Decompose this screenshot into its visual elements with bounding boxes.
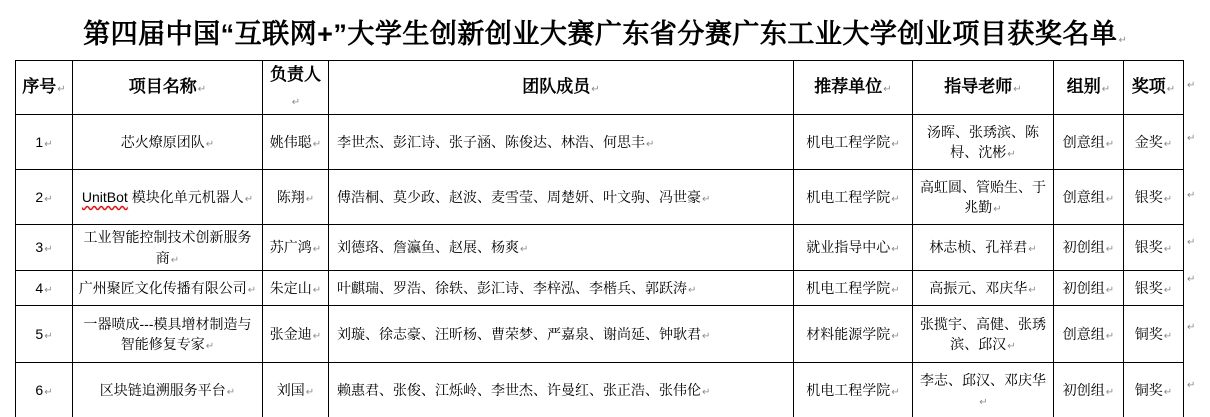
cell-text: 模块化单元机器人 — [128, 189, 244, 205]
table-row: 6↵区块链追溯服务平台↵刘国↵赖惠君、张俊、江烁岭、李世杰、许曼红、张正浩、张伟… — [16, 363, 1184, 417]
cell-text: 创意组 — [1063, 189, 1105, 205]
cell-group: 初创组↵ — [1054, 363, 1124, 417]
cell-recommending-unit: 机电工程学院↵ — [794, 170, 913, 225]
cell-text: 3 — [35, 239, 43, 255]
paragraph-mark-icon: ↵ — [206, 341, 214, 352]
cell-recommending-unit: 机电工程学院↵ — [794, 115, 913, 170]
paragraph-mark-icon: ↵ — [1007, 341, 1015, 352]
paragraph-mark-icon: ↵ — [891, 285, 899, 296]
header-team-members: 团队成员↵ — [329, 61, 794, 115]
header-label: 团队成员 — [522, 77, 590, 96]
paragraph-mark-icon: ↵ — [1164, 194, 1172, 205]
paragraph-mark-icon: ↵ — [1106, 331, 1114, 342]
header-serial: 序号↵ — [16, 61, 73, 115]
cell-text: 创意组 — [1063, 134, 1105, 150]
paragraph-mark-icon: ↵ — [1187, 322, 1195, 333]
paragraph-mark-icon: ↵ — [1164, 387, 1172, 398]
table-header: 序号↵项目名称↵负责人↵团队成员↵推荐单位↵指导老师↵组别↵奖项↵ — [16, 61, 1184, 115]
table-row: 4↵广州聚匠文化传播有限公司↵朱定山↵叶麒瑞、罗浩、徐轶、彭汇诗、李梓泓、李楷兵… — [16, 271, 1184, 306]
cell-text: 银奖 — [1135, 280, 1163, 296]
cell-text: 银奖 — [1135, 189, 1163, 205]
cell-text: 5 — [35, 326, 43, 342]
row-end-marks: ↵↵↵↵↵↵↵ — [1186, 60, 1206, 414]
cell-text: 高虹圆、管贻生、于兆勤 — [920, 179, 1046, 215]
cell-advisors: 张揽宇、高健、张琇滨、邱汉↵ — [913, 306, 1054, 363]
cell-project-name: 区块链追溯服务平台↵ — [73, 363, 263, 417]
paragraph-mark-icon: ↵ — [1028, 285, 1036, 296]
paragraph-mark-icon: ↵ — [198, 84, 206, 95]
cell-project-name: 广州聚匠文化传播有限公司↵ — [73, 271, 263, 306]
cell-recommending-unit: 就业指导中心↵ — [794, 225, 913, 271]
cell-text: 高振元、邓庆华 — [929, 280, 1027, 296]
paragraph-mark-icon: ↵ — [891, 331, 899, 342]
header-row: 序号↵项目名称↵负责人↵团队成员↵推荐单位↵指导老师↵组别↵奖项↵ — [16, 61, 1184, 115]
paragraph-mark-icon: ↵ — [206, 139, 214, 150]
paragraph-mark-icon: ↵ — [891, 244, 899, 255]
paragraph-mark-icon: ↵ — [1007, 149, 1015, 160]
cell-recommending-unit: 机电工程学院↵ — [794, 363, 913, 417]
paragraph-mark-icon: ↵ — [1102, 84, 1110, 95]
paragraph-mark-icon: ↵ — [245, 194, 253, 205]
paragraph-mark-icon: ↵ — [883, 84, 891, 95]
paragraph-mark-icon: ↵ — [520, 244, 528, 255]
paragraph-mark-icon: ↵ — [313, 331, 321, 342]
cell-text: 就业指导中心 — [806, 239, 890, 255]
cell-text: 2 — [35, 189, 43, 205]
cell-text: 材料能源学院 — [806, 326, 890, 342]
cell-serial: 2↵ — [16, 170, 73, 225]
cell-text: 创意组 — [1063, 326, 1105, 342]
cell-text: 姚伟聪 — [270, 134, 312, 150]
cell-text: 机电工程学院 — [806, 280, 890, 296]
cell-leader: 陈翔↵ — [263, 170, 329, 225]
cell-text: 李志、邱汉、邓庆华 — [920, 372, 1046, 388]
awards-table: 序号↵项目名称↵负责人↵团队成员↵推荐单位↵指导老师↵组别↵奖项↵ 1↵芯火燎原… — [15, 60, 1184, 417]
paragraph-mark-icon: ↵ — [702, 387, 710, 398]
paragraph-mark-icon: ↵ — [1187, 237, 1195, 248]
paragraph-mark-icon: ↵ — [44, 139, 52, 150]
cell-award: 银奖↵ — [1124, 225, 1184, 271]
cell-group: 创意组↵ — [1054, 115, 1124, 170]
awards-table-wrap: 序号↵项目名称↵负责人↵团队成员↵推荐单位↵指导老师↵组别↵奖项↵ 1↵芯火燎原… — [15, 60, 1184, 417]
paragraph-mark-icon: ↵ — [292, 97, 300, 108]
paragraph-mark-icon: ↵ — [171, 255, 179, 266]
cell-text: 4 — [35, 280, 43, 296]
row-end-mark: ↵ — [1186, 60, 1206, 110]
cell-text: 一器喷成---模具增材制造与智能修复专家 — [84, 316, 252, 352]
row-end-mark: ↵ — [1186, 261, 1206, 298]
title-block: 第四届中国“互联网+”大学生创新创业大赛广东省分赛广东工业大学创业项目获奖名单↵ — [0, 12, 1210, 51]
paragraph-mark-icon: ↵ — [1187, 190, 1195, 201]
cell-advisors: 李志、邱汉、邓庆华↵ — [913, 363, 1054, 417]
paragraph-mark-icon: ↵ — [306, 387, 314, 398]
header-label: 序号 — [22, 77, 56, 96]
cell-text: 机电工程学院 — [806, 189, 890, 205]
cell-text: 6 — [35, 382, 43, 398]
header-label: 指导老师 — [944, 77, 1012, 96]
paragraph-mark-icon: ↵ — [1028, 244, 1036, 255]
row-end-mark: ↵ — [1186, 167, 1206, 224]
paragraph-mark-icon: ↵ — [1013, 84, 1021, 95]
cell-group: 创意组↵ — [1054, 170, 1124, 225]
cell-advisors: 汤晖、张琇滨、陈桪、沈彬↵ — [913, 115, 1054, 170]
cell-text: 张揽宇、高健、张琇滨、邱汉 — [920, 316, 1046, 352]
cell-text: 1 — [35, 134, 43, 150]
paragraph-mark-icon: ↵ — [44, 331, 52, 342]
row-end-mark: ↵ — [1186, 224, 1206, 261]
header-group: 组别↵ — [1054, 61, 1124, 115]
cell-team-members: 刘璇、徐志豪、汪昕杨、曹荣梦、严嘉泉、谢尚延、钟耿君↵ — [329, 306, 794, 363]
cell-text: 初创组 — [1063, 280, 1105, 296]
page-title: 第四届中国“互联网+”大学生创新创业大赛广东省分赛广东工业大学创业项目获奖名单 — [83, 19, 1117, 49]
misspelled-word: UnitBot — [82, 189, 128, 205]
header-label: 组别 — [1067, 77, 1101, 96]
cell-text: 刘德珞、詹瀛鱼、赵展、杨爽 — [337, 239, 519, 255]
cell-leader: 朱定山↵ — [263, 271, 329, 306]
cell-text: 刘璇、徐志豪、汪昕杨、曹荣梦、严嘉泉、谢尚延、钟耿君 — [337, 326, 701, 342]
paragraph-mark-icon: ↵ — [646, 139, 654, 150]
paragraph-mark-icon: ↵ — [44, 387, 52, 398]
header-label: 推荐单位 — [814, 77, 882, 96]
header-label: 奖项 — [1132, 77, 1166, 96]
cell-text: 汤晖、张琇滨、陈桪、沈彬 — [927, 124, 1039, 160]
cell-team-members: 赖惠君、张俊、江烁岭、李世杰、许曼红、张正浩、张伟伦↵ — [329, 363, 794, 417]
table-row: 5↵一器喷成---模具增材制造与智能修复专家↵张金迪↵刘璇、徐志豪、汪昕杨、曹荣… — [16, 306, 1184, 363]
row-end-mark: ↵ — [1186, 110, 1206, 167]
cell-text: 刘国 — [277, 382, 305, 398]
paragraph-mark-icon: ↵ — [227, 387, 235, 398]
paragraph-mark-icon: ↵ — [1164, 285, 1172, 296]
paragraph-mark-icon: ↵ — [44, 244, 52, 255]
table-row: 3↵工业智能控制技术创新服务商↵苏广鸿↵刘德珞、詹瀛鱼、赵展、杨爽↵就业指导中心… — [16, 225, 1184, 271]
header-label: 负责人 — [270, 65, 321, 84]
header-award: 奖项↵ — [1124, 61, 1184, 115]
cell-advisors: 高振元、邓庆华↵ — [913, 271, 1054, 306]
paragraph-mark-icon: ↵ — [1187, 274, 1195, 285]
table-body: 1↵芯火燎原团队↵姚伟聪↵李世杰、彭汇诗、张子涵、陈俊达、林浩、何思丰↵机电工程… — [16, 115, 1184, 417]
cell-advisors: 林志桢、孔祥君↵ — [913, 225, 1054, 271]
cell-text: 傅浩桐、莫少政、赵波、麦雪莹、周楚妍、叶文驹、冯世豪 — [337, 189, 701, 205]
paragraph-mark-icon: ↵ — [891, 139, 899, 150]
paragraph-mark-icon: ↵ — [702, 194, 710, 205]
paragraph-mark-icon: ↵ — [891, 387, 899, 398]
paragraph-mark-icon: ↵ — [44, 194, 52, 205]
table-row: 1↵芯火燎原团队↵姚伟聪↵李世杰、彭汇诗、张子涵、陈俊达、林浩、何思丰↵机电工程… — [16, 115, 1184, 170]
cell-text: 林志桢、孔祥君 — [929, 239, 1027, 255]
paragraph-mark-icon: ↵ — [1106, 194, 1114, 205]
paragraph-mark-icon: ↵ — [688, 285, 696, 296]
cell-award: 银奖↵ — [1124, 170, 1184, 225]
paragraph-mark-icon: ↵ — [1106, 285, 1114, 296]
cell-recommending-unit: 材料能源学院↵ — [794, 306, 913, 363]
paragraph-mark-icon: ↵ — [1187, 380, 1195, 391]
paragraph-mark-icon: ↵ — [1187, 133, 1195, 144]
cell-text: 陈翔 — [277, 189, 305, 205]
paragraph-mark-icon: ↵ — [1164, 331, 1172, 342]
cell-advisors: 高虹圆、管贻生、于兆勤↵ — [913, 170, 1054, 225]
cell-text: 芯火燎原团队 — [121, 134, 205, 150]
cell-serial: 1↵ — [16, 115, 73, 170]
paragraph-mark-icon: ↵ — [1106, 244, 1114, 255]
paragraph-mark-icon: ↵ — [1106, 387, 1114, 398]
cell-team-members: 叶麒瑞、罗浩、徐轶、彭汇诗、李梓泓、李楷兵、郭跃涛↵ — [329, 271, 794, 306]
paragraph-mark-icon: ↵ — [57, 84, 65, 95]
cell-award: 银奖↵ — [1124, 271, 1184, 306]
cell-text: 金奖 — [1135, 134, 1163, 150]
cell-team-members: 傅浩桐、莫少政、赵波、麦雪莹、周楚妍、叶文驹、冯世豪↵ — [329, 170, 794, 225]
paragraph-mark-icon: ↵ — [44, 285, 52, 296]
header-leader: 负责人↵ — [263, 61, 329, 115]
cell-team-members: 李世杰、彭汇诗、张子涵、陈俊达、林浩、何思丰↵ — [329, 115, 794, 170]
cell-project-name: 一器喷成---模具增材制造与智能修复专家↵ — [73, 306, 263, 363]
cell-text: 朱定山 — [270, 280, 312, 296]
cell-project-name: 工业智能控制技术创新服务商↵ — [73, 225, 263, 271]
cell-award: 金奖↵ — [1124, 115, 1184, 170]
header-recommending-unit: 推荐单位↵ — [794, 61, 913, 115]
paragraph-mark-icon: ↵ — [313, 139, 321, 150]
cell-serial: 5↵ — [16, 306, 73, 363]
cell-team-members: 刘德珞、詹瀛鱼、赵展、杨爽↵ — [329, 225, 794, 271]
row-end-mark: ↵ — [1186, 357, 1206, 414]
paragraph-mark-icon: ↵ — [702, 331, 710, 342]
cell-text: 机电工程学院 — [806, 134, 890, 150]
paragraph-mark-icon: ↵ — [1118, 35, 1126, 46]
cell-text: 苏广鸿 — [270, 239, 312, 255]
paragraph-mark-icon: ↵ — [1106, 139, 1114, 150]
table-row: 2↵UnitBot 模块化单元机器人↵陈翔↵傅浩桐、莫少政、赵波、麦雪莹、周楚妍… — [16, 170, 1184, 225]
cell-serial: 6↵ — [16, 363, 73, 417]
cell-project-name: UnitBot 模块化单元机器人↵ — [73, 170, 263, 225]
cell-text: 初创组 — [1063, 382, 1105, 398]
cell-group: 初创组↵ — [1054, 225, 1124, 271]
cell-text: 初创组 — [1063, 239, 1105, 255]
cell-project-name: 芯火燎原团队↵ — [73, 115, 263, 170]
cell-leader: 苏广鸿↵ — [263, 225, 329, 271]
cell-text: 铜奖 — [1135, 326, 1163, 342]
paragraph-mark-icon: ↵ — [1164, 244, 1172, 255]
cell-recommending-unit: 机电工程学院↵ — [794, 271, 913, 306]
header-advisors: 指导老师↵ — [913, 61, 1054, 115]
header-label: 项目名称 — [129, 77, 197, 96]
cell-leader: 刘国↵ — [263, 363, 329, 417]
paragraph-mark-icon: ↵ — [248, 285, 256, 296]
cell-text: 李世杰、彭汇诗、张子涵、陈俊达、林浩、何思丰 — [337, 134, 645, 150]
row-end-mark: ↵ — [1186, 298, 1206, 357]
paragraph-mark-icon: ↵ — [1164, 139, 1172, 150]
paragraph-mark-icon: ↵ — [306, 194, 314, 205]
cell-serial: 4↵ — [16, 271, 73, 306]
cell-text: 银奖 — [1135, 239, 1163, 255]
cell-leader: 张金迪↵ — [263, 306, 329, 363]
paragraph-mark-icon: ↵ — [993, 204, 1001, 215]
cell-text: 赖惠君、张俊、江烁岭、李世杰、许曼红、张正浩、张伟伦 — [337, 382, 701, 398]
cell-award: 铜奖↵ — [1124, 363, 1184, 417]
paragraph-mark-icon: ↵ — [1187, 80, 1195, 91]
cell-text: 张金迪 — [270, 326, 312, 342]
cell-leader: 姚伟聪↵ — [263, 115, 329, 170]
cell-text: 区块链追溯服务平台 — [100, 382, 226, 398]
cell-group: 创意组↵ — [1054, 306, 1124, 363]
paragraph-mark-icon: ↵ — [313, 244, 321, 255]
header-project-name: 项目名称↵ — [73, 61, 263, 115]
cell-text: 叶麒瑞、罗浩、徐轶、彭汇诗、李梓泓、李楷兵、郭跃涛 — [337, 280, 687, 296]
cell-group: 初创组↵ — [1054, 271, 1124, 306]
cell-text: 工业智能控制技术创新服务商 — [84, 229, 252, 265]
cell-award: 铜奖↵ — [1124, 306, 1184, 363]
cell-serial: 3↵ — [16, 225, 73, 271]
paragraph-mark-icon: ↵ — [979, 397, 987, 408]
cell-text: 铜奖 — [1135, 382, 1163, 398]
paragraph-mark-icon: ↵ — [591, 84, 599, 95]
cell-text: 广州聚匠文化传播有限公司 — [79, 280, 247, 296]
paragraph-mark-icon: ↵ — [1167, 84, 1175, 95]
paragraph-mark-icon: ↵ — [313, 285, 321, 296]
cell-text: 机电工程学院 — [806, 382, 890, 398]
paragraph-mark-icon: ↵ — [891, 194, 899, 205]
